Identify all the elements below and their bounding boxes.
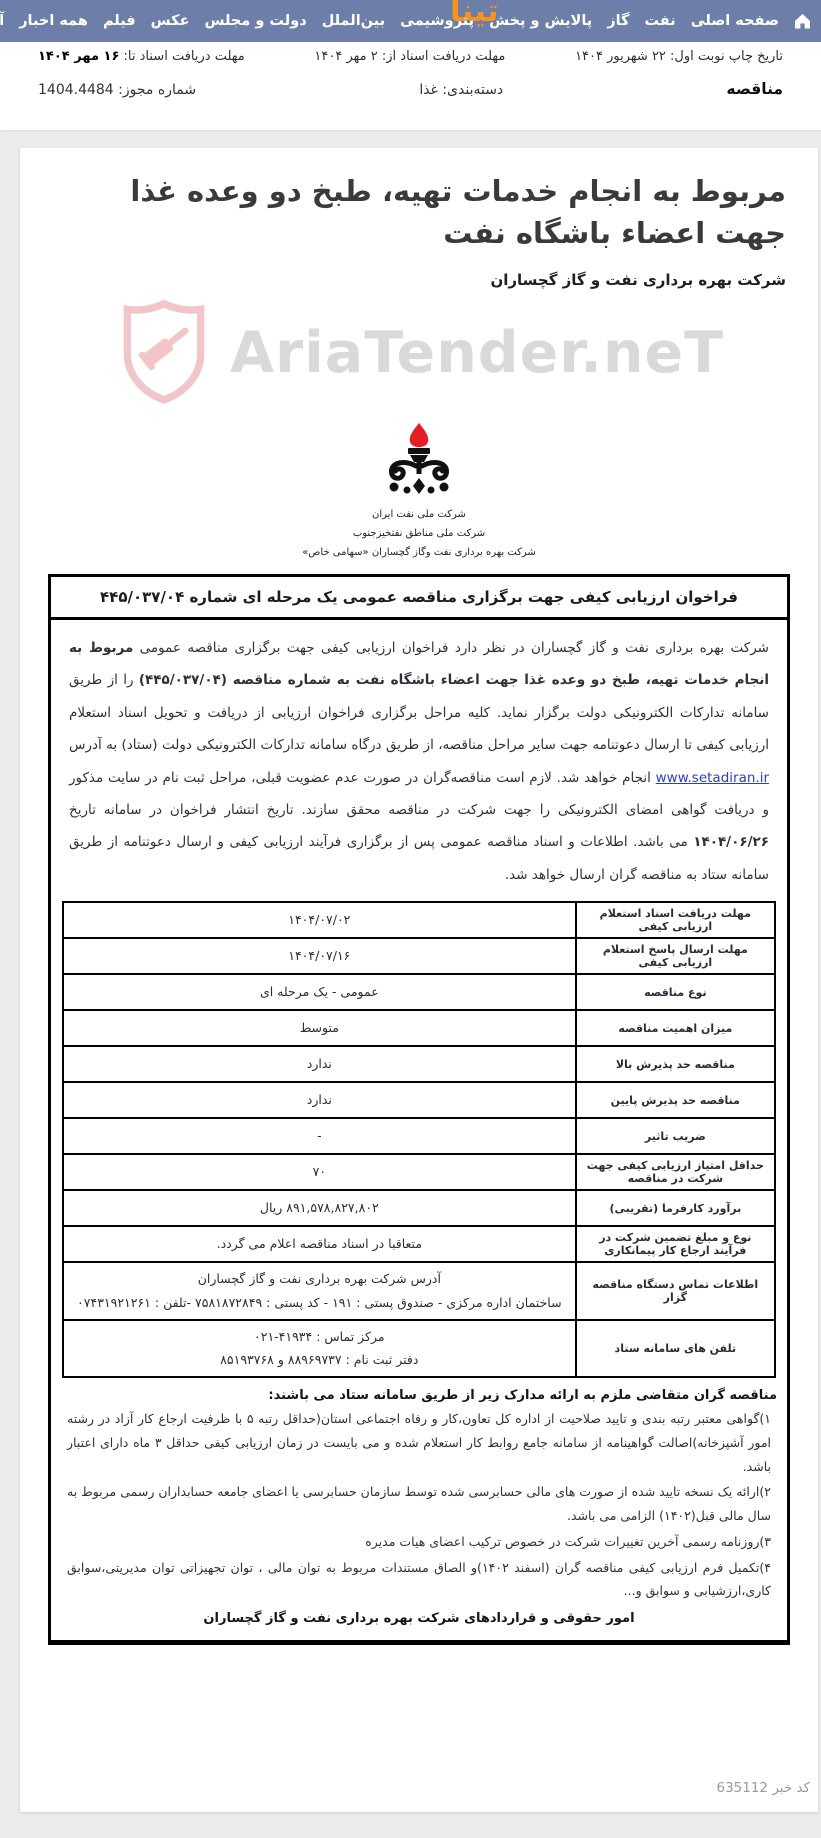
navbar: صفحه اصلینفتگازپالایش و پخشپتروشیمیبین‌ا…: [0, 0, 821, 42]
docs-deadline-to: مهلت دریافت اسناد تا: ۱۶ مهر ۱۴۰۴: [38, 49, 245, 64]
table-row: ضریب تاثیر-: [63, 1118, 775, 1154]
navbar-items: صفحه اصلینفتگازپالایش و پخشپتروشیمیبین‌ا…: [0, 13, 779, 29]
row-label: ضریب تاثیر: [576, 1118, 775, 1154]
nav-item-4[interactable]: پالایش و پخش: [489, 13, 592, 29]
row-value: ۱۴۰۴/۰۷/۱۶: [63, 938, 576, 974]
nav-item-10[interactable]: همه اخبار: [19, 13, 88, 29]
nav-item-1[interactable]: صفحه اصلی: [691, 13, 779, 29]
category-row: مناقصه دسته‌بندی: غذا شماره مجوز: 1404.4…: [38, 80, 783, 98]
nav-item-8[interactable]: عکس: [151, 13, 190, 29]
table-row: تلفن های سامانه ستادمرکز تماس : ⁦۰۲۱-۴۱۹…: [63, 1320, 775, 1378]
row-label: مناقصه حد پذیرش پایین: [576, 1082, 775, 1118]
row-label: برآورد کارفرما (تقریبی): [576, 1190, 775, 1226]
requirements-list: ۱)گواهی معتبر رتبه بندی و تایید صلاحیت ا…: [67, 1407, 771, 1603]
table-row: اطلاعات تماس دستگاه مناقصه گزارآدرس شرکت…: [63, 1262, 775, 1320]
watermark-shield-icon: [114, 298, 214, 408]
table-row: مهلت ارسال پاسخ استعلام ارزیابی کیفی۱۴۰۴…: [63, 938, 775, 974]
emblem-line-2: شرکت ملی مناطق نفتخیزجنوب: [20, 524, 818, 543]
row-value: مرکز تماس : ⁦۰۲۱-۴۱۹۳۴⁩دفتر ثبت نام : ۸۸…: [63, 1320, 576, 1378]
row-label: حداقل امتیاز ارزیابی کیفی جهت شرکت در من…: [576, 1154, 775, 1190]
table-row: نوع مناقصهعمومی - یک مرحله ای: [63, 974, 775, 1010]
row-label: مهلت دریافت اسناد استعلام ارزیابی کیفی: [576, 902, 775, 938]
row-label: مناقصه حد پذیرش بالا: [576, 1046, 775, 1082]
row-value: متوسط: [63, 1010, 576, 1046]
notice-table-body: مهلت دریافت اسناد استعلام ارزیابی کیفی۱۴…: [63, 902, 775, 1377]
row-value: ۱۴۰۴/۰۷/۰۲: [63, 902, 576, 938]
row-label: میزان اهمیت مناقصه: [576, 1010, 775, 1046]
table-row: مناقصه حد پذیرش بالاندارد: [63, 1046, 775, 1082]
nav-item-9[interactable]: فیلم: [103, 13, 136, 29]
nav-item-2[interactable]: نفت: [644, 13, 675, 29]
nav-item-6[interactable]: بین‌الملل: [322, 13, 385, 29]
notice-table: مهلت دریافت اسناد استعلام ارزیابی کیفی۱۴…: [62, 901, 776, 1378]
article-card: AriaTender.neT مربوط به انجام خدمات تهیه…: [20, 148, 818, 1812]
row-value: ۷۰: [63, 1154, 576, 1190]
row-value: ندارد: [63, 1082, 576, 1118]
table-row: حداقل امتیاز ارزیابی کیفی جهت شرکت در من…: [63, 1154, 775, 1190]
category-label: دسته‌بندی: غذا: [419, 82, 503, 98]
row-label: نوع و مبلغ تضمین شرکت در فرآیند ارجاع کا…: [576, 1226, 775, 1262]
dates-row: تاریخ چاپ نوبت اول: ۲۲ شهریور ۱۴۰۴ مهلت …: [38, 49, 783, 64]
notice-title: فراخوان ارزیابی کیفی جهت برگزاری مناقصه …: [51, 577, 787, 620]
row-value: ندارد: [63, 1046, 576, 1082]
setadiran-link: www.setadiran.ir: [656, 770, 769, 786]
company-emblem: شرکت ملی نفت ایران شرکت ملی مناطق نفتخیز…: [20, 421, 818, 562]
nioc-torch-icon: [378, 486, 460, 505]
notice-paragraph-segment: می باشد. اطلاعات و اسناد مناقصه عمومی پس…: [69, 834, 769, 882]
notice-paragraph-segment: شرکت بهره برداری نفت و گاز گچساران در نظ…: [133, 640, 769, 656]
row-label: اطلاعات تماس دستگاه مناقصه گزار: [576, 1262, 775, 1320]
tender-notice-box: فراخوان ارزیابی کیفی جهت برگزاری مناقصه …: [48, 574, 790, 1645]
nav-item-3[interactable]: گاز: [607, 13, 629, 29]
nav-item-5[interactable]: پتروشیمی: [400, 13, 474, 29]
docs-deadline-from: مهلت دریافت اسناد از: ۲ مهر ۱۴۰۴: [314, 49, 505, 64]
row-label: نوع مناقصه: [576, 974, 775, 1010]
header-meta: تاریخ چاپ نوبت اول: ۲۲ شهریور ۱۴۰۴ مهلت …: [0, 42, 821, 130]
table-row: برآورد کارفرما (تقریبی)۸۹۱,۵۷۸,۸۲۷,۸۰۲ ر…: [63, 1190, 775, 1226]
company-name: شرکت بهره برداری نفت و گاز گچساران: [52, 271, 786, 289]
emblem-line-3: شرکت بهره برداری نفت وگاز گچساران «سهامی…: [20, 543, 818, 562]
nav-item-11[interactable]: آگهی ها: [0, 13, 4, 29]
table-row: میزان اهمیت مناقصهمتوسط: [63, 1010, 775, 1046]
print-date: تاریخ چاپ نوبت اول: ۲۲ شهریور ۱۴۰۴: [575, 49, 783, 64]
requirement-item-3: ۳)روزنامه رسمی آخرین تغییرات شرکت در خصو…: [67, 1530, 771, 1554]
news-code: کد خبر 635112: [716, 1780, 810, 1796]
page-title: مربوط به انجام خدمات تهیه، طبخ دو وعده غ…: [90, 170, 786, 254]
notice-footer-line: امور حقوقی و قراردادهای شرکت بهره برداری…: [51, 1611, 787, 1626]
table-row: مهلت دریافت اسناد استعلام ارزیابی کیفی۱۴…: [63, 902, 775, 938]
license-number: شماره مجوز: 1404.4484: [38, 82, 196, 98]
watermark: AriaTender.neT: [20, 298, 818, 408]
notice-paragraph-segment: ۱۴۰۴/۰۶/۲۶: [693, 834, 769, 850]
requirement-item-1: ۱)گواهی معتبر رتبه بندی و تایید صلاحیت ا…: [67, 1407, 771, 1478]
row-label: مهلت ارسال پاسخ استعلام ارزیابی کیفی: [576, 938, 775, 974]
row-label: تلفن های سامانه ستاد: [576, 1320, 775, 1378]
requirement-item-4: ۴)تکمیل فرم ارزیابی کیفی مناقصه گران (اس…: [67, 1556, 771, 1604]
tender-type-badge: مناقصه: [726, 80, 783, 98]
requirements-intro: مناقصه گران متقاضی ملزم به ارائه مدارک ز…: [61, 1388, 777, 1403]
row-value: ۸۹۱,۵۷۸,۸۲۷,۸۰۲ ریال: [63, 1190, 576, 1226]
table-row: مناقصه حد پذیرش پایینندارد: [63, 1082, 775, 1118]
requirement-item-2: ۲)ارائه یک نسخه تایید شده از صورت های ما…: [67, 1480, 771, 1528]
row-value: -: [63, 1118, 576, 1154]
home-icon[interactable]: [794, 13, 811, 29]
row-value: متعاقبا در اسناد مناقصه اعلام می گردد.: [63, 1226, 576, 1262]
table-row: نوع و مبلغ تضمین شرکت در فرآیند ارجاع کا…: [63, 1226, 775, 1262]
emblem-line-1: شرکت ملی نفت ایران: [20, 505, 818, 524]
row-value: آدرس شرکت بهره برداری نفت و گاز گچسارانس…: [63, 1262, 576, 1320]
row-value: عمومی - یک مرحله ای: [63, 974, 576, 1010]
watermark-text: AriaTender.neT: [230, 320, 724, 386]
nav-item-7[interactable]: دولت و مجلس: [204, 13, 306, 29]
notice-paragraph: شرکت بهره برداری نفت و گاز گچساران در نظ…: [51, 620, 787, 899]
